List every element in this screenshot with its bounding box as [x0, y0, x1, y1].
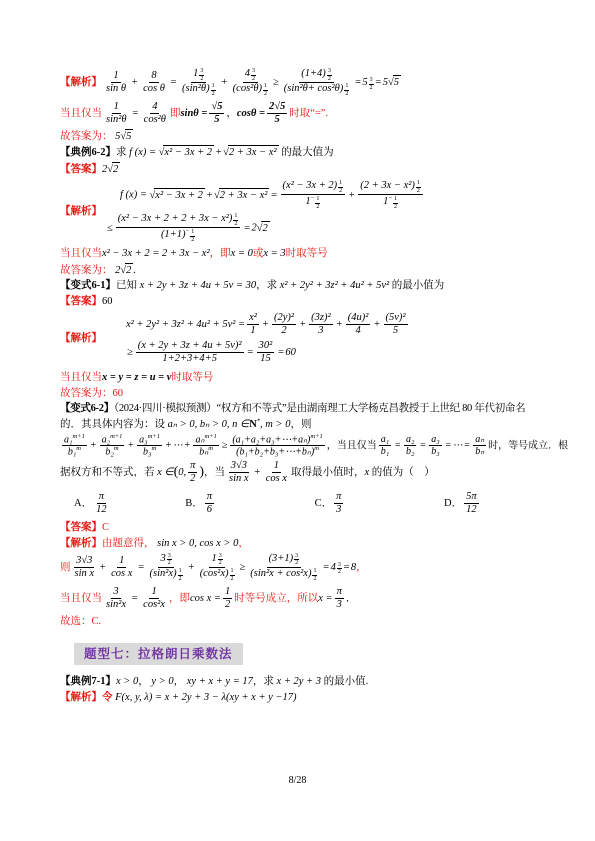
math-run: x ∈(0,π2): [157, 467, 204, 478]
superscript: m+1: [72, 433, 84, 440]
equals-op: =: [132, 108, 139, 119]
label-jiexi: 【解析】: [60, 538, 102, 549]
denominator: cos²x: [141, 599, 167, 611]
ge-op: ≥: [127, 347, 133, 358]
fraction: (x² − 3x + 2 + 2 + 3x − x²)12(1+1)−12: [116, 213, 241, 243]
denominator: bₙ: [473, 446, 486, 458]
base: (sin²θ+ cos²θ): [284, 83, 344, 94]
exp-num: 1: [211, 83, 216, 91]
solution-6-1-formula: 【解析】1sin θ+8cos θ=132(sin²θ)12+432(cos²θ…: [60, 68, 549, 97]
exp-den: 2: [393, 204, 398, 211]
denominator: 2: [279, 325, 288, 337]
solution-7-1-intro: 【解析】令 F(x, y, λ) = x + 2y + 3 − λ(xy + x…: [60, 691, 549, 705]
cn-text: ，求: [256, 280, 277, 291]
fraction: √55: [209, 101, 224, 126]
fraction: 1cos x: [264, 460, 289, 485]
answer-statement-bianshi-6-1: 故答案为：60: [60, 387, 549, 401]
minus-exp: −: [311, 195, 315, 202]
expr: cos x =: [190, 593, 221, 604]
expr: sin x > 0, cos x > 0: [157, 538, 238, 549]
fraction: (5v)²5: [384, 312, 408, 337]
numerator: (3z)²: [309, 312, 332, 325]
plus-op: +: [348, 190, 355, 201]
denominator: (sin²x)12: [148, 568, 185, 582]
cn-text: 或: [253, 248, 264, 259]
numerator: 3: [111, 586, 120, 599]
page-number: 8/28: [0, 775, 595, 786]
fraction: 332(sin²x)12: [148, 553, 185, 582]
fraction: (a₁+a₂+a₃+⋯+aₙ)m+1(b₁+b₂+b₃+⋯+bₙ)m: [230, 434, 324, 459]
exp-num: 1: [178, 568, 183, 576]
base: (x² − 3x + 2 + 2 + 3x − x²): [118, 213, 233, 224]
plus-op: +: [131, 77, 138, 88]
exp-den: 2: [178, 576, 183, 583]
denominator: 1−12: [381, 195, 400, 210]
base: 4: [331, 562, 336, 573]
fraction: 3sin²x: [104, 586, 128, 611]
equals-op: =: [463, 440, 470, 451]
cdots: ⋯: [173, 440, 183, 451]
denominator: cos x: [109, 568, 134, 580]
problem-bianshi-6-2-line1: 【变式6-2】（2024·四川·模拟预测）“权方和不等式”是由湖南理工大学杨克昌…: [60, 402, 549, 416]
denominator: (sin²x + cos²x)12: [248, 568, 319, 582]
label-bianshi-6-1: 【变式6-1】: [60, 280, 116, 291]
ge-op: ≥: [240, 562, 246, 573]
equality-condition-bianshi-6-2: 当且仅当3sin²x=1cos²x，即cos x =12时等号成立，所以x =π…: [60, 586, 549, 611]
value: C: [102, 522, 109, 533]
fraction: 1cos x: [109, 555, 134, 580]
numerator: aₙm+1: [193, 434, 218, 447]
label-dianli-6-2: 【典例6-2】: [60, 147, 116, 158]
cn-text: 当且仅当: [60, 248, 102, 259]
base: (b₁+b₂+b₃+⋯+bₙ): [236, 447, 314, 458]
superscript: m: [208, 445, 213, 452]
fraction: 12: [223, 586, 232, 611]
base: (2 + 3x − x²): [360, 180, 415, 191]
fraction: (4u)²4: [346, 312, 371, 337]
denominator: 3: [335, 599, 344, 611]
exponent-fraction: 12: [233, 213, 238, 227]
option-letter: C．: [315, 498, 333, 509]
denominator: 6: [205, 504, 214, 516]
superscript: m+1: [310, 433, 322, 440]
math-run: a₁m+1b₁m+a₂m+1b₂m+a₃m+1b₃m+⋯+aₙm+1bₙm≥(a…: [60, 440, 327, 451]
equals-op: =: [322, 562, 329, 573]
numerator: 1: [272, 460, 281, 473]
numerator: π: [205, 491, 214, 504]
cn-text: 故答案为：: [60, 131, 113, 142]
numerator: π: [334, 491, 343, 504]
coefficient: 2: [251, 223, 256, 234]
punct: ，: [238, 538, 249, 549]
fraction: 432(cos²θ)12: [231, 68, 270, 97]
cn-text: 当且仅当: [60, 593, 102, 604]
exp-den: 2: [190, 237, 195, 244]
denominator: sin x: [227, 473, 251, 485]
section-header-text: 题型七：拉格朗日乘数法: [74, 643, 243, 665]
base: (3+1): [269, 553, 294, 564]
base: 1: [193, 68, 198, 79]
plus-op: +: [165, 440, 172, 451]
numerator: 1: [117, 555, 126, 568]
numerator: 5π: [464, 491, 479, 504]
cn-text: （2024·四川·模拟预测）“权方和不等式”是由湖南理工大学杨克昌教授于上世纪 …: [114, 403, 525, 414]
denominator: 2: [188, 473, 197, 485]
exp-num: 1: [338, 180, 343, 188]
math-run: f (x) = √x² − 3x + 2+√2 + 3x − x²: [129, 147, 278, 158]
numerator: a₁m+1: [62, 434, 87, 447]
base: 4: [245, 68, 250, 79]
exp-den: 2: [344, 91, 349, 98]
cn-text: 的最小值为: [392, 280, 445, 291]
value: 60: [285, 347, 296, 358]
math-run: aₙ > 0, bₙ > 0, n ∈N*, m > 0: [168, 419, 291, 430]
cn-text: 已知: [116, 280, 137, 291]
exp-den: 2: [312, 576, 317, 583]
options-row: A．π12 B．π6 C．π3 D．5π12: [74, 491, 549, 516]
numerator: aₙ: [473, 434, 486, 447]
numerator: a₁: [379, 434, 391, 447]
cn-text: 的最大值为: [281, 147, 334, 158]
answer-6-2: 【答案】2√2: [60, 162, 549, 177]
equals-op: =: [131, 593, 138, 604]
expr: x + 2y + 3z + 4u + 5v = 30: [140, 280, 257, 291]
radicand: x² − 3x + 2: [154, 188, 205, 203]
numerator: 432: [243, 68, 258, 83]
fraction: π3: [335, 586, 344, 611]
math-run: 3√3sin x+1cos x=332(sin²x)12+132(cos²x)1…: [71, 562, 357, 573]
exponent-fraction: 32: [327, 68, 332, 82]
base: (1+1): [161, 229, 186, 240]
denominator: 12: [94, 504, 109, 516]
base: (1+4): [301, 68, 326, 79]
expr: cosθ =: [237, 108, 265, 119]
radicand: 2 + 3x − x²: [219, 188, 270, 203]
equals-op: =: [343, 562, 350, 573]
le-op: ≤: [107, 223, 113, 234]
plus-op: +: [127, 440, 134, 451]
superscript: m: [76, 445, 81, 452]
math-run: cosθ =2√55: [237, 108, 289, 119]
fraction: 3√3sin x: [73, 555, 97, 580]
set-symbol: N: [249, 419, 257, 430]
base: 1: [211, 553, 216, 564]
plus-op: +: [262, 319, 269, 330]
punct: ，: [226, 108, 237, 119]
exp-num: 3: [337, 562, 342, 570]
denominator: b₂: [404, 446, 416, 458]
equals-op: =: [137, 562, 144, 573]
solution-rows: f (x) = √x² − 3x + 2+√2 + 3x − x²=(x² − …: [106, 178, 425, 245]
punct: ，: [174, 676, 185, 687]
numerator: (3+1)32: [267, 553, 302, 568]
denominator: 1−12: [303, 195, 322, 210]
base: (x² − 3x + 2): [283, 180, 338, 191]
equals-op: =: [270, 190, 277, 201]
exponent-fraction: 12: [263, 83, 268, 97]
fraction: π12: [94, 491, 109, 516]
option-a: A．π12: [74, 491, 111, 516]
denominator: (sin²θ+ cos²θ)12: [282, 83, 352, 97]
label-daan: 【答案】: [60, 296, 102, 307]
plus-op: +: [373, 319, 380, 330]
superscript: m+1: [148, 433, 160, 440]
expr: F(x, y, λ) = x + 2y + 3 − λ(xy + x + y −…: [115, 692, 296, 703]
answer-statement-6-2: 故答案为： 2√2.: [60, 263, 549, 278]
page-content: 【解析】1sin θ+8cos θ=132(sin²θ)12+432(cos²θ…: [0, 0, 595, 704]
solution-row-1: x² + 2y² + 3z² + 4u² + 5v² =x²1+(2y)²2+(…: [126, 312, 410, 337]
fraction: (x + 2y + 3z + 4u + 5v)²1+2+3+4+5: [136, 340, 244, 365]
numerator: (5v)²: [384, 312, 408, 325]
solution-row-2: ≥(x + 2y + 3z + 4u + 5v)²1+2+3+4+5=30²15…: [126, 340, 410, 365]
exponent-fraction: 12: [230, 568, 235, 582]
ge-op: ≥: [273, 77, 279, 88]
exponent-fraction: 32: [167, 553, 172, 567]
math-run: a₁b₁=a₂b₂=a₃b₃=⋯=aₙbₙ: [377, 440, 488, 451]
exp-num: 1: [344, 83, 349, 91]
cn-text: 即: [170, 108, 181, 119]
numerator: 1: [112, 101, 121, 114]
equals-op: =: [445, 440, 452, 451]
math-run: x =π3: [318, 593, 346, 604]
solution-bianshi-6-2-formula: 则3√3sin x+1cos x=332(sin²x)12+132(cos²x)…: [60, 553, 549, 582]
exp-num: 1: [263, 83, 268, 91]
punct: ，: [138, 676, 149, 687]
punct: ．: [346, 593, 357, 604]
option-c: C．π3: [315, 491, 346, 516]
equals-op: =: [394, 440, 401, 451]
equality-condition-6-2: 当且仅当x² − 3x + 2 = 2 + 3x − x²，即x = 0或x =…: [60, 247, 549, 261]
equals-op: =: [170, 77, 177, 88]
exp-den: 2: [218, 560, 223, 567]
exp-den: 2: [167, 560, 172, 567]
numerator: (2y)²: [272, 312, 296, 325]
cn-text: 当且仅当: [60, 372, 102, 383]
exponent-fraction: 12: [190, 229, 195, 243]
cn-text: 故选：: [60, 616, 92, 627]
denominator: (b₁+b₂+b₃+⋯+bₙ)m: [234, 446, 321, 458]
plus-op: +: [99, 562, 106, 573]
exp-num: 3: [251, 68, 256, 76]
exponent-fraction: 32: [199, 68, 204, 82]
denominator: sin²x: [104, 599, 128, 611]
exponent-fraction: 12: [211, 83, 216, 97]
exp-num: 3: [294, 553, 299, 561]
fraction: (2y)²2: [272, 312, 296, 337]
denominator: 15: [258, 353, 273, 365]
radicand: x² − 3x + 2: [163, 145, 214, 160]
fraction: π6: [205, 491, 214, 516]
plus-op: +: [184, 440, 191, 451]
denominator: 3: [316, 325, 325, 337]
cn-text: 的．其具体内容为：设: [60, 419, 165, 430]
document-page: 【解析】1sin θ+8cos θ=132(sin²θ)12+432(cos²θ…: [0, 0, 595, 841]
numerator: √5: [209, 101, 224, 114]
problem-bianshi-6-1: 【变式6-1】已知 x + 2y + 3z + 4u + 5v = 30，求 x…: [60, 279, 549, 293]
numerator: 1: [149, 586, 158, 599]
cn-text: 的值为（ ）: [372, 467, 435, 478]
numerator: (2 + 3x − x²)12: [358, 180, 423, 195]
denominator: b₂m: [103, 446, 120, 458]
base: (sin²x + cos²x): [250, 568, 311, 579]
denominator: 4: [353, 325, 362, 337]
equals-op: =: [247, 347, 254, 358]
math-run: 1sin²θ=4cos²θ: [102, 108, 170, 119]
equals-op: =: [277, 347, 284, 358]
fraction: a₁m+1b₁m: [62, 434, 87, 459]
fraction: (3+1)32(sin²x + cos²x)12: [248, 553, 319, 582]
value: C.: [92, 616, 102, 627]
expr: f (x) =: [120, 190, 147, 201]
equality-condition-6-1: 当且仅当1sin²θ=4cos²θ即sinθ =√55，cosθ =2√55时取…: [60, 101, 549, 126]
base: (cos²θ): [233, 83, 262, 94]
exponent-fraction: 12: [178, 568, 183, 582]
numerator: 2√5: [267, 101, 287, 114]
base: (sin²x): [150, 568, 177, 579]
numerator: 3√3: [229, 460, 249, 473]
numerator: π: [335, 586, 344, 599]
exp-num: 1: [312, 568, 317, 576]
denominator: sin x: [73, 568, 97, 580]
fraction: 132(sin²θ)12: [180, 68, 218, 97]
math-run: cos x =12: [190, 593, 234, 604]
plus-op: +: [254, 467, 261, 478]
denominator: b₃: [429, 446, 441, 458]
cn-text: ，即: [169, 593, 190, 604]
sqrt: √2: [120, 265, 133, 276]
fraction: a₃b₃: [429, 434, 441, 458]
value: 60: [102, 296, 113, 307]
fraction: a₂m+1b₂m: [100, 434, 125, 459]
expr: x = y = z = u = v: [102, 372, 171, 383]
expr: x = 0: [231, 248, 253, 259]
base: 3: [160, 553, 165, 564]
fraction: a₂b₂: [404, 434, 416, 458]
fraction: (x² − 3x + 2)121−12: [281, 180, 346, 210]
math-run: 5√5: [115, 131, 133, 142]
exp-num: 1: [230, 568, 235, 576]
cn-text: 取得最小值时，: [291, 467, 365, 478]
plus-op: +: [206, 190, 213, 201]
base: bₙ: [199, 447, 208, 458]
exp-den: 2: [263, 91, 268, 98]
label-jiexi: 【解析】: [60, 205, 102, 219]
denominator: cos²θ: [142, 114, 168, 126]
exp-den: 2: [211, 91, 216, 98]
expr: x² − 3x + 2 = 2 + 3x − x²: [102, 248, 210, 259]
option-d: D．5π12: [444, 491, 481, 516]
sqrt: √x² − 3x + 2: [150, 190, 205, 201]
sqrt: √5: [388, 77, 401, 88]
denominator: 5: [212, 114, 221, 126]
cn-text: 则: [60, 562, 71, 573]
expr: y > 0: [151, 676, 173, 687]
punct: .: [133, 265, 136, 276]
exp-den: 2: [369, 85, 374, 92]
fraction: (2 + 3x − x²)121−12: [358, 180, 423, 210]
expr: x > 0: [116, 676, 138, 687]
exp-num: 1: [315, 196, 320, 204]
numerator: 332: [158, 553, 173, 568]
denominator: bₙm: [197, 446, 215, 458]
plus-op: +: [336, 319, 343, 330]
value: 60: [113, 388, 124, 399]
fraction: π2: [188, 460, 197, 485]
expr: x² + 2y² + 3z² + 4u² + 5v² =: [126, 319, 245, 330]
numerator: a₃: [429, 434, 441, 447]
exp-den: 2: [230, 576, 235, 583]
numerator: 1: [223, 586, 232, 599]
label-jiexi: 【解析】: [60, 77, 102, 88]
label-daan: 【答案】: [60, 522, 102, 533]
solution-rows: x² + 2y² + 3z² + 4u² + 5v² =x²1+(2y)²2+(…: [106, 311, 410, 367]
fraction: 3√3sin x: [227, 460, 251, 485]
exp-den: 2: [233, 221, 238, 228]
denominator: 3: [334, 504, 343, 516]
superscript: m+1: [204, 433, 216, 440]
exp-den: 2: [337, 569, 342, 576]
solution-row-2: ≤(x² − 3x + 2 + 2 + 3x − x²)12(1+1)−12=2…: [106, 213, 425, 243]
denominator: (cos²θ)12: [231, 83, 270, 97]
sqrt: √2 + 3x − x²: [223, 147, 278, 158]
exponent-fraction: 12: [312, 568, 317, 582]
numerator: x²: [247, 312, 259, 325]
expr: , m > 0: [260, 419, 290, 430]
cn-text: 的最小值.: [324, 676, 369, 687]
problem-7-1: 【典例7-1】x > 0， y > 0， xy + x + y = 17，求 x…: [60, 675, 549, 689]
base: a₃: [139, 434, 147, 445]
exponent-fraction: 32: [369, 77, 374, 91]
math-run: 3√3sin x+1cos x: [225, 467, 291, 478]
base: (cos²x): [200, 568, 229, 579]
plus-op: +: [299, 319, 306, 330]
solution-6-2-block: 【解析】 f (x) = √x² − 3x + 2+√2 + 3x − x²=(…: [60, 178, 549, 245]
numerator: 4: [150, 101, 159, 114]
fraction: (1+4)32(sin²θ+ cos²θ)12: [282, 68, 352, 97]
expr: x = 3: [263, 248, 285, 259]
numerator: 8: [149, 70, 158, 83]
fraction: 30²15: [257, 340, 275, 365]
sqrt: √2: [107, 164, 120, 175]
fraction: (3z)²3: [309, 312, 332, 337]
exp-num: 1: [233, 213, 238, 221]
radicand: 5: [125, 129, 133, 144]
plus-op: +: [188, 562, 195, 573]
base: b₂: [105, 447, 113, 458]
numerator: π: [188, 460, 197, 473]
equals-op: =: [354, 77, 361, 88]
fraction: aₙbₙ: [473, 434, 486, 458]
cn-text: 求: [116, 147, 127, 158]
exponent-fraction: 32: [218, 553, 223, 567]
exp-num: 3: [167, 553, 172, 561]
base: (sin²θ): [182, 83, 210, 94]
base: a₂: [102, 434, 110, 445]
minus-exp: −: [186, 228, 190, 235]
radicand: 2 + 3x − x²: [228, 145, 279, 160]
equals-op: =: [243, 223, 250, 234]
exp-num: 1: [416, 180, 421, 188]
exp-den: 2: [199, 76, 204, 83]
numerator: a₃m+1: [137, 434, 162, 447]
cn-text: 时取等号: [171, 372, 213, 383]
cdots: ⋯: [452, 440, 462, 451]
fraction: 2√55: [267, 101, 287, 126]
option-letter: D．: [444, 498, 462, 509]
math-run: 2√2.: [115, 265, 136, 276]
expr: aₙ > 0, bₙ > 0, n ∈: [168, 419, 250, 430]
exp-num: 1: [393, 196, 398, 204]
